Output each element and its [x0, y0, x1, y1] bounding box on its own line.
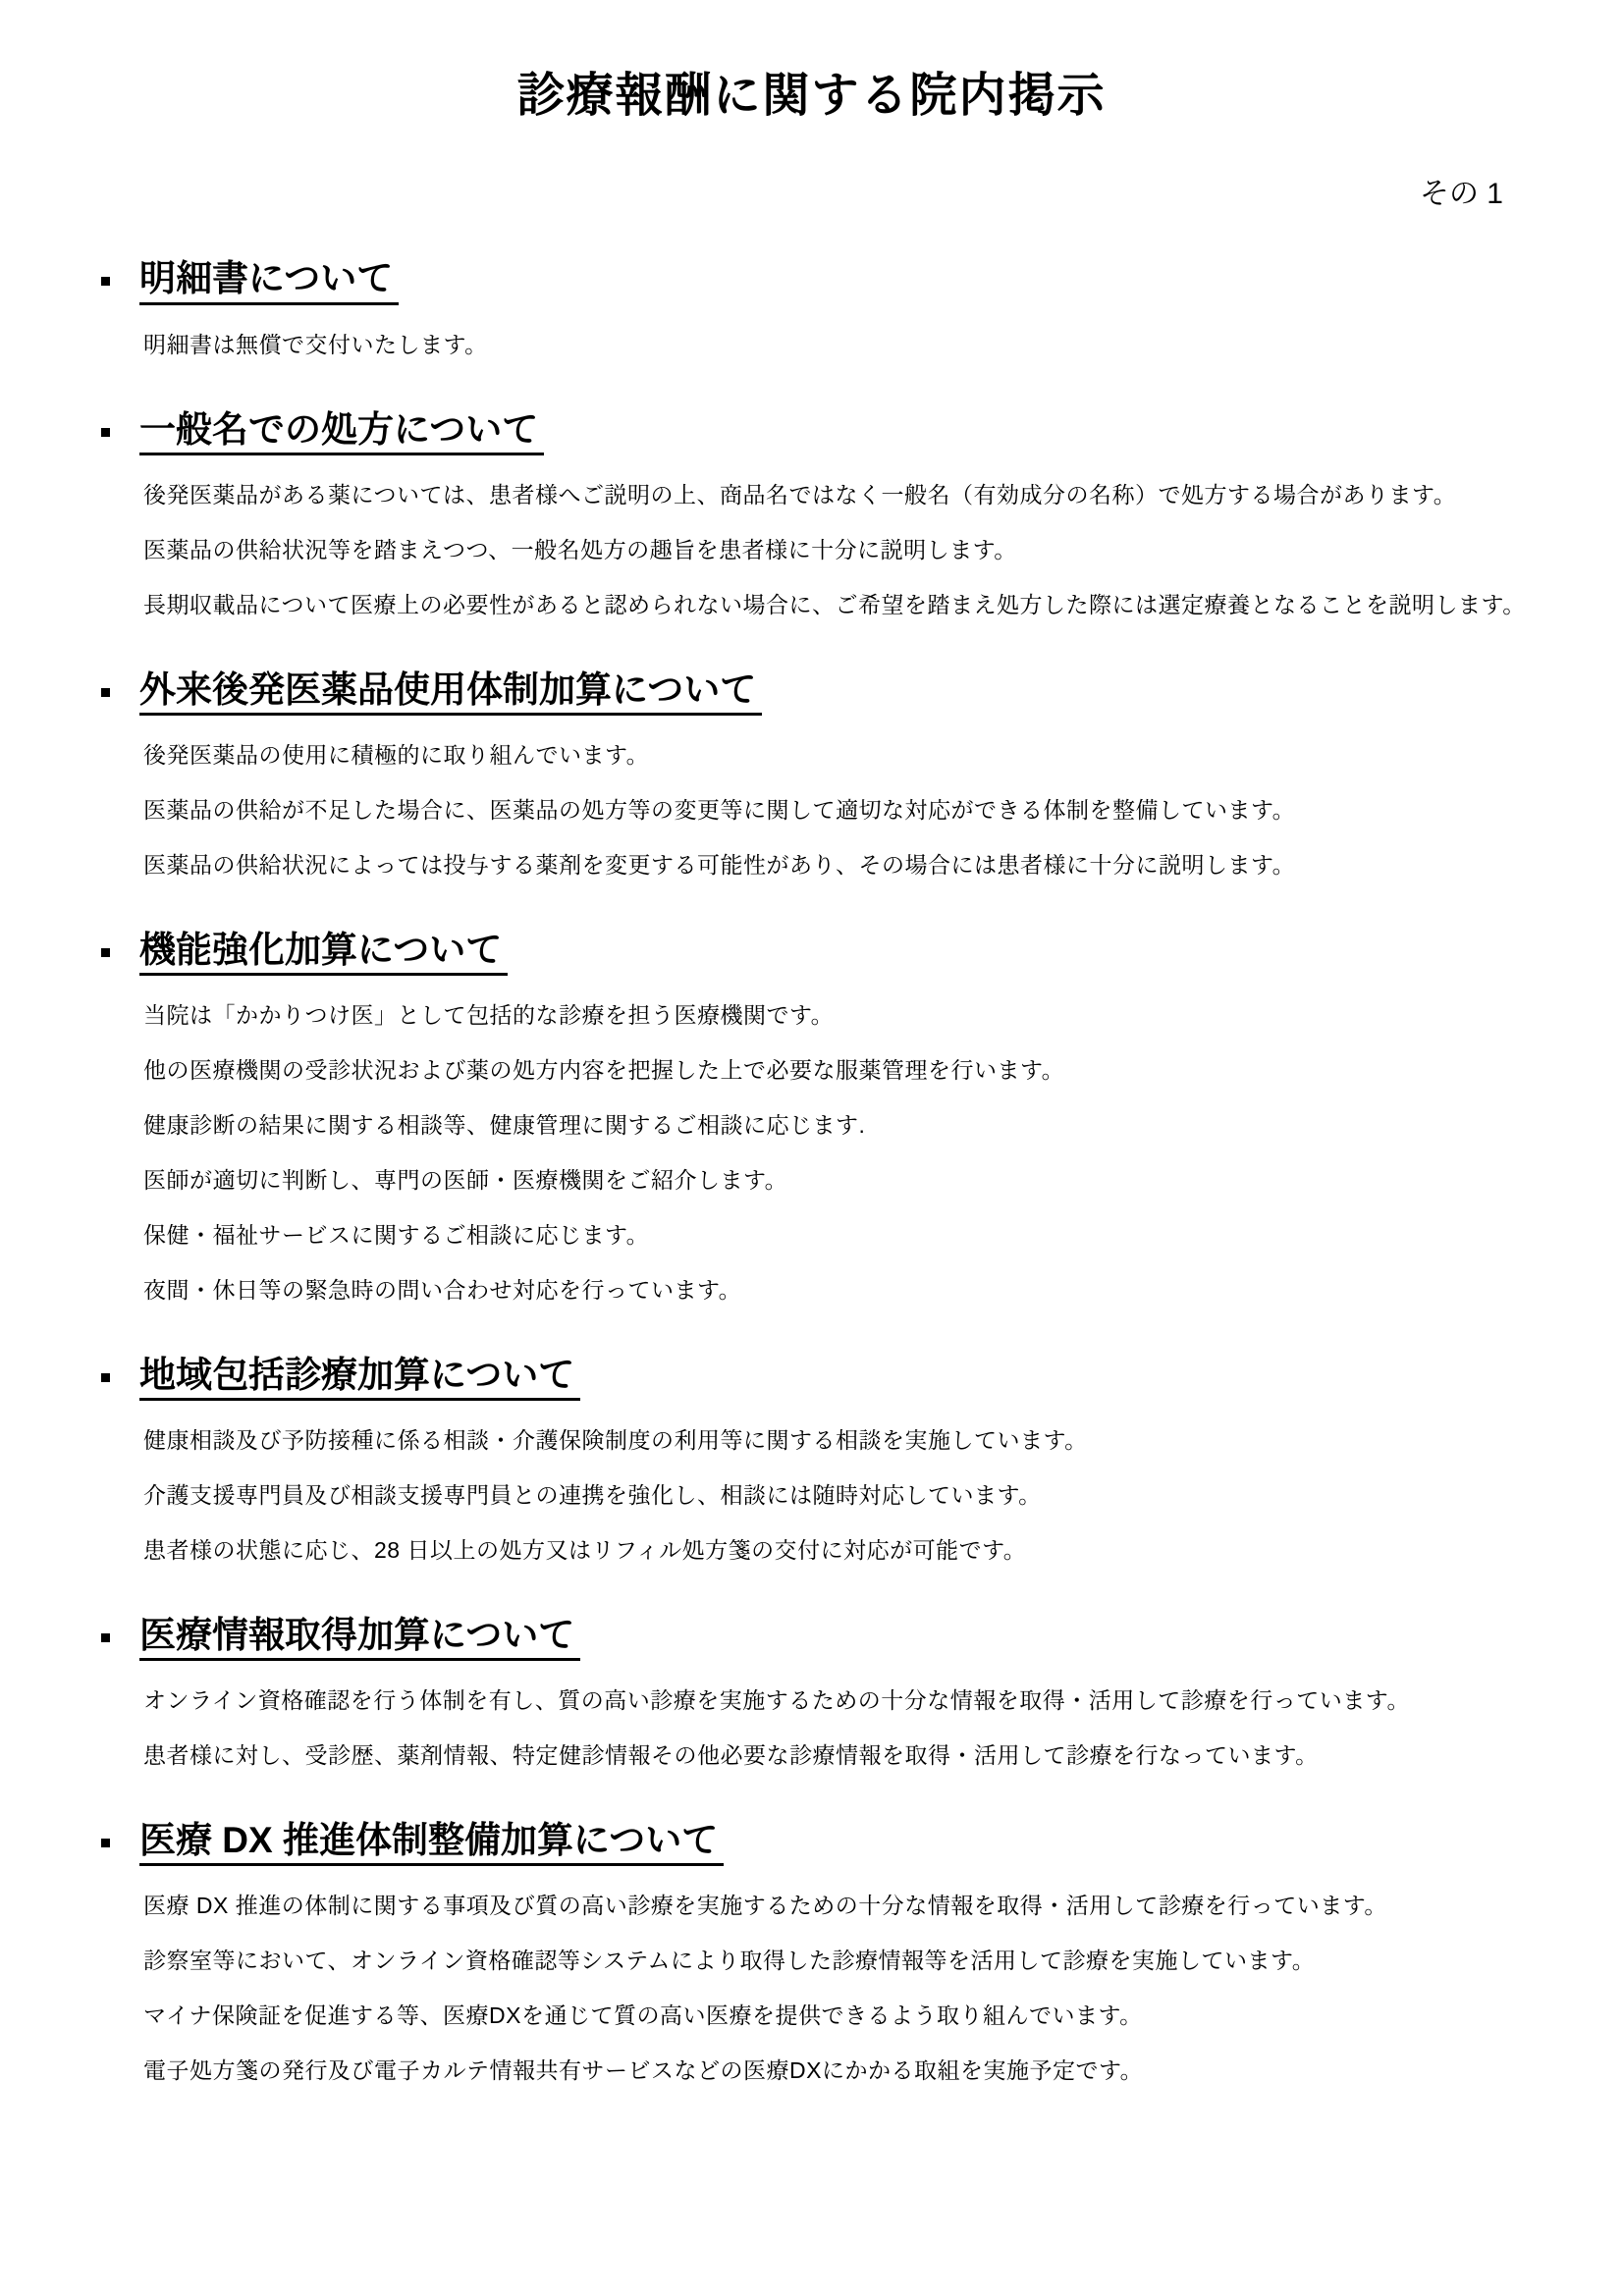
- body-line: 医薬品の供給が不足した場合に、医薬品の処方等の変更等に関して適切な対応ができる体…: [143, 796, 1569, 826]
- body-line: 診察室等において、オンライン資格確認等システムにより取得した診療情報等を活用して…: [143, 1947, 1569, 1976]
- body-line: 後発医薬品の使用に積極的に取り組んでいます。: [143, 741, 1569, 771]
- body-line: 患者様の状態に応じ、28 日以上の処方又はリフィル処方箋の交付に対応が可能です。: [143, 1536, 1569, 1566]
- body-line: 夜間・休日等の緊急時の問い合わせ対応を行っています。: [143, 1276, 1569, 1306]
- section-heading: 医療情報取得加算について: [139, 1615, 580, 1661]
- section-kino-kyoka: 機能強化加算について 当院は「かかりつけ医」として包括的な診療を担う医療機関です…: [0, 930, 1623, 1306]
- section-heading-row: 医療 DX 推進体制整備加算について: [0, 1820, 1623, 1866]
- body-line: 当院は「かかりつけ医」として包括的な診療を担う医療機関です。: [143, 1001, 1569, 1031]
- body-line: 長期収載品について医療上の必要性があると認められない場合に、ご希望を踏まえ処方し…: [143, 591, 1569, 620]
- section-heading-row: 地域包括診療加算について: [0, 1355, 1623, 1401]
- bullet-icon: [101, 1633, 110, 1642]
- section-heading: 外来後発医薬品使用体制加算について: [139, 669, 762, 716]
- bullet-icon: [101, 277, 110, 286]
- page-number-label: その 1: [0, 180, 1623, 209]
- section-gairai-kohatsu: 外来後発医薬品使用体制加算について 後発医薬品の使用に積極的に取り組んでいます。…: [0, 669, 1623, 881]
- section-body: 後発医薬品の使用に積極的に取り組んでいます。 医薬品の供給が不足した場合に、医薬…: [0, 741, 1623, 881]
- section-body: 当院は「かかりつけ医」として包括的な診療を担う医療機関です。 他の医療機関の受診…: [0, 1001, 1623, 1305]
- bullet-icon: [101, 948, 110, 957]
- body-line: 患者様に対し、受診歴、薬剤情報、特定健診情報その他必要な診療情報を取得・活用して…: [143, 1741, 1569, 1771]
- body-line: 他の医療機関の受診状況および薬の処方内容を把握した上で必要な服薬管理を行います。: [143, 1056, 1569, 1086]
- body-line: マイナ保険証を促進する等、医療DXを通じて質の高い医療を提供できるよう取り組んで…: [143, 2002, 1569, 2031]
- section-body: 医療 DX 推進の体制に関する事項及び質の高い診療を実施するための十分な情報を取…: [0, 1892, 1623, 2086]
- section-body: 明細書は無償で交付いたします。: [0, 331, 1623, 360]
- section-heading-row: 明細書について: [0, 258, 1623, 304]
- body-line: 電子処方箋の発行及び電子カルテ情報共有サービスなどの医療DXにかかる取組を実施予…: [143, 2056, 1569, 2086]
- section-heading: 明細書について: [139, 258, 399, 304]
- section-heading: 地域包括診療加算について: [139, 1355, 580, 1401]
- sections-container: 明細書について 明細書は無償で交付いたします。 一般名での処方について 後発医薬…: [0, 258, 1623, 2086]
- document-page: 診療報酬に関する院内掲示 その 1 明細書について 明細書は無償で交付いたします…: [0, 0, 1623, 2296]
- body-line: 健康診断の結果に関する相談等、健康管理に関するご相談に応じます.: [143, 1111, 1569, 1141]
- body-line: 医師が適切に判断し、専門の医師・医療機関をご紹介します。: [143, 1166, 1569, 1196]
- bullet-icon: [101, 1839, 110, 1847]
- bullet-icon: [101, 688, 110, 697]
- body-line: 明細書は無償で交付いたします。: [143, 331, 1569, 360]
- section-meisaisho: 明細書について 明細書は無償で交付いたします。: [0, 258, 1623, 359]
- page-title: 診療報酬に関する院内掲示: [0, 69, 1623, 123]
- section-heading: 機能強化加算について: [139, 930, 508, 976]
- section-body: オンライン資格確認を行う体制を有し、質の高い診療を実施するための十分な情報を取得…: [0, 1686, 1623, 1771]
- section-heading-row: 機能強化加算について: [0, 930, 1623, 976]
- body-line: 医薬品の供給状況等を踏まえつつ、一般名処方の趣旨を患者様に十分に説明します。: [143, 536, 1569, 565]
- section-iryo-dx: 医療 DX 推進体制整備加算について 医療 DX 推進の体制に関する事項及び質の…: [0, 1820, 1623, 2086]
- bullet-icon: [101, 1373, 110, 1382]
- body-line: オンライン資格確認を行う体制を有し、質の高い診療を実施するための十分な情報を取得…: [143, 1686, 1569, 1716]
- section-chiiki-hokatsu: 地域包括診療加算について 健康相談及び予防接種に係る相談・介護保険制度の利用等に…: [0, 1355, 1623, 1566]
- bullet-icon: [101, 428, 110, 437]
- section-heading: 一般名での処方について: [139, 409, 544, 455]
- body-line: 医薬品の供給状況によっては投与する薬剤を変更する可能性があり、その場合には患者様…: [143, 851, 1569, 881]
- body-line: 介護支援専門員及び相談支援専門員との連携を強化し、相談には随時対応しています。: [143, 1481, 1569, 1511]
- section-ippanmei-shoho: 一般名での処方について 後発医薬品がある薬については、患者様へご説明の上、商品名…: [0, 409, 1623, 620]
- section-heading-row: 一般名での処方について: [0, 409, 1623, 455]
- body-line: 後発医薬品がある薬については、患者様へご説明の上、商品名ではなく一般名（有効成分…: [143, 481, 1569, 510]
- section-heading-row: 医療情報取得加算について: [0, 1615, 1623, 1661]
- section-iryo-joho-shutoku: 医療情報取得加算について オンライン資格確認を行う体制を有し、質の高い診療を実施…: [0, 1615, 1623, 1771]
- body-line: 保健・福祉サービスに関するご相談に応じます。: [143, 1221, 1569, 1251]
- section-body: 後発医薬品がある薬については、患者様へご説明の上、商品名ではなく一般名（有効成分…: [0, 481, 1623, 620]
- section-heading-row: 外来後発医薬品使用体制加算について: [0, 669, 1623, 716]
- body-line: 健康相談及び予防接種に係る相談・介護保険制度の利用等に関する相談を実施しています…: [143, 1426, 1569, 1456]
- body-line: 医療 DX 推進の体制に関する事項及び質の高い診療を実施するための十分な情報を取…: [143, 1892, 1569, 1921]
- section-body: 健康相談及び予防接種に係る相談・介護保険制度の利用等に関する相談を実施しています…: [0, 1426, 1623, 1566]
- section-heading: 医療 DX 推進体制整備加算について: [139, 1820, 724, 1866]
